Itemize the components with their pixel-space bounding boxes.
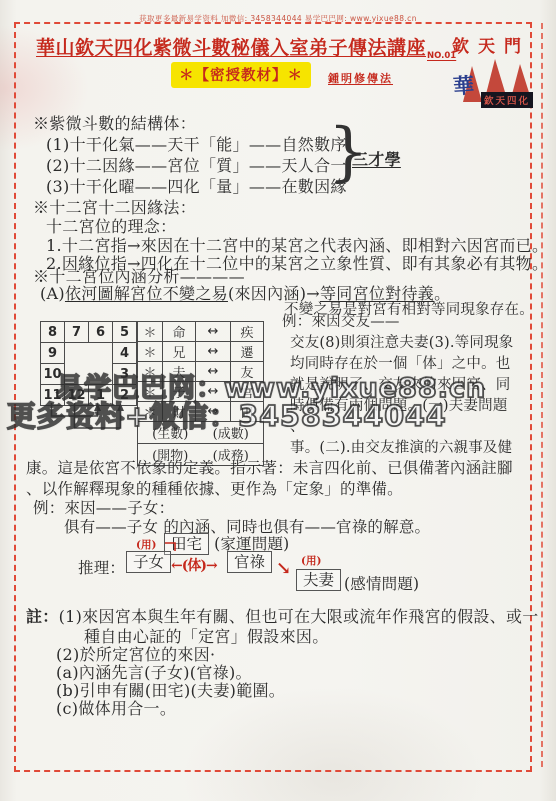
seal-hua-character: 華	[452, 69, 475, 100]
notes-label: 註：	[26, 607, 59, 626]
grid-cell: 8	[41, 322, 65, 343]
school-seal: 華 欽天四化	[455, 54, 539, 108]
grid-cell: 7	[65, 322, 89, 343]
double-arrow-icon: ↔	[196, 342, 231, 362]
pair-right: 遷	[231, 342, 264, 362]
pair-left: 命	[163, 322, 196, 342]
reasoning-label: 推理：	[78, 556, 125, 578]
analysis-a-underline-1: 依河圖解宮位不變之易	[65, 284, 228, 303]
example1-line: 事。(二).由交友推演的六親事及健	[290, 436, 512, 457]
page-border-right-line	[541, 23, 543, 767]
lineage-holder: 鍾明修傳法	[328, 70, 393, 86]
yong-annotation-top: (用)	[136, 537, 156, 552]
grid-cell: 5	[113, 322, 137, 343]
pair-left: 兄	[163, 342, 196, 362]
pair-right: 疾	[231, 322, 264, 342]
pair-star: ＊	[138, 322, 163, 342]
structure-heading: ※紫微斗數的結構体：	[33, 111, 196, 134]
ti-arrows: ←(体)→	[171, 555, 217, 575]
guanlu-box: 官祿	[227, 551, 272, 573]
double-arrow-icon: ↔	[196, 322, 231, 342]
zinv-box: 子女	[126, 551, 171, 573]
structure-item-2: (2)十二因緣——宮位「質」——天人合一	[46, 153, 347, 176]
grid-cell: 6	[89, 322, 113, 343]
watermark-wechat: 更多资料+微信：3458344044	[7, 394, 447, 435]
table-row: 8 7 6 5	[41, 322, 137, 343]
reasoning-note: (感情問題)	[344, 572, 419, 594]
table-row: 9 4	[41, 343, 137, 364]
analysis-a-prefix: (A)	[40, 284, 65, 303]
structure-item-3: (3)十干化曜——四化「量」——在數因緣	[46, 174, 347, 197]
table-row: ＊ 兄 ↔ 遷	[138, 342, 264, 362]
grid-cell-empty	[89, 343, 113, 364]
pair-star: ＊	[138, 342, 163, 362]
secret-material-badge: ＊【密授教材】＊	[171, 62, 311, 88]
structure-item-1: (1)十干化氣——天干「能」——自然數序	[46, 132, 347, 155]
fuqi-box: 夫妻	[296, 569, 341, 591]
yong-hook-arrow-icon	[164, 539, 178, 552]
yong-annotation-right: (用)	[301, 553, 321, 568]
top-watermark-text: 获取更多最新易学资料 加微信: 3458344044 易学巴巴网: www.yi…	[139, 13, 417, 24]
scanned-document-page: 获取更多最新易学资料 加微信: 3458344044 易学巴巴网: www.yi…	[0, 0, 556, 801]
grid-cell: 4	[113, 343, 137, 364]
seal-label: 欽天四化	[481, 92, 533, 108]
example1-intro: 例：來因交友——	[282, 310, 400, 331]
document-title: 華山欽天四化紫微斗數秘儀入室弟子傳法講座	[36, 33, 426, 60]
example1-line: 交友(8)則須注意夫妻(3).等同現象	[290, 331, 514, 352]
table-row: ＊ 命 ↔ 疾	[138, 322, 264, 342]
notes-item: (c)做体用合一。	[56, 696, 176, 719]
grid-cell: 9	[41, 343, 65, 364]
grid-cell-empty	[65, 343, 89, 364]
example1-continuation: 康。這是依宮不依象的定義。指示著：未言四化前、已俱備著內涵註腳	[26, 456, 513, 478]
diagonal-arrow-icon: ↘	[276, 558, 291, 579]
brace-label: 三才學	[352, 147, 401, 170]
